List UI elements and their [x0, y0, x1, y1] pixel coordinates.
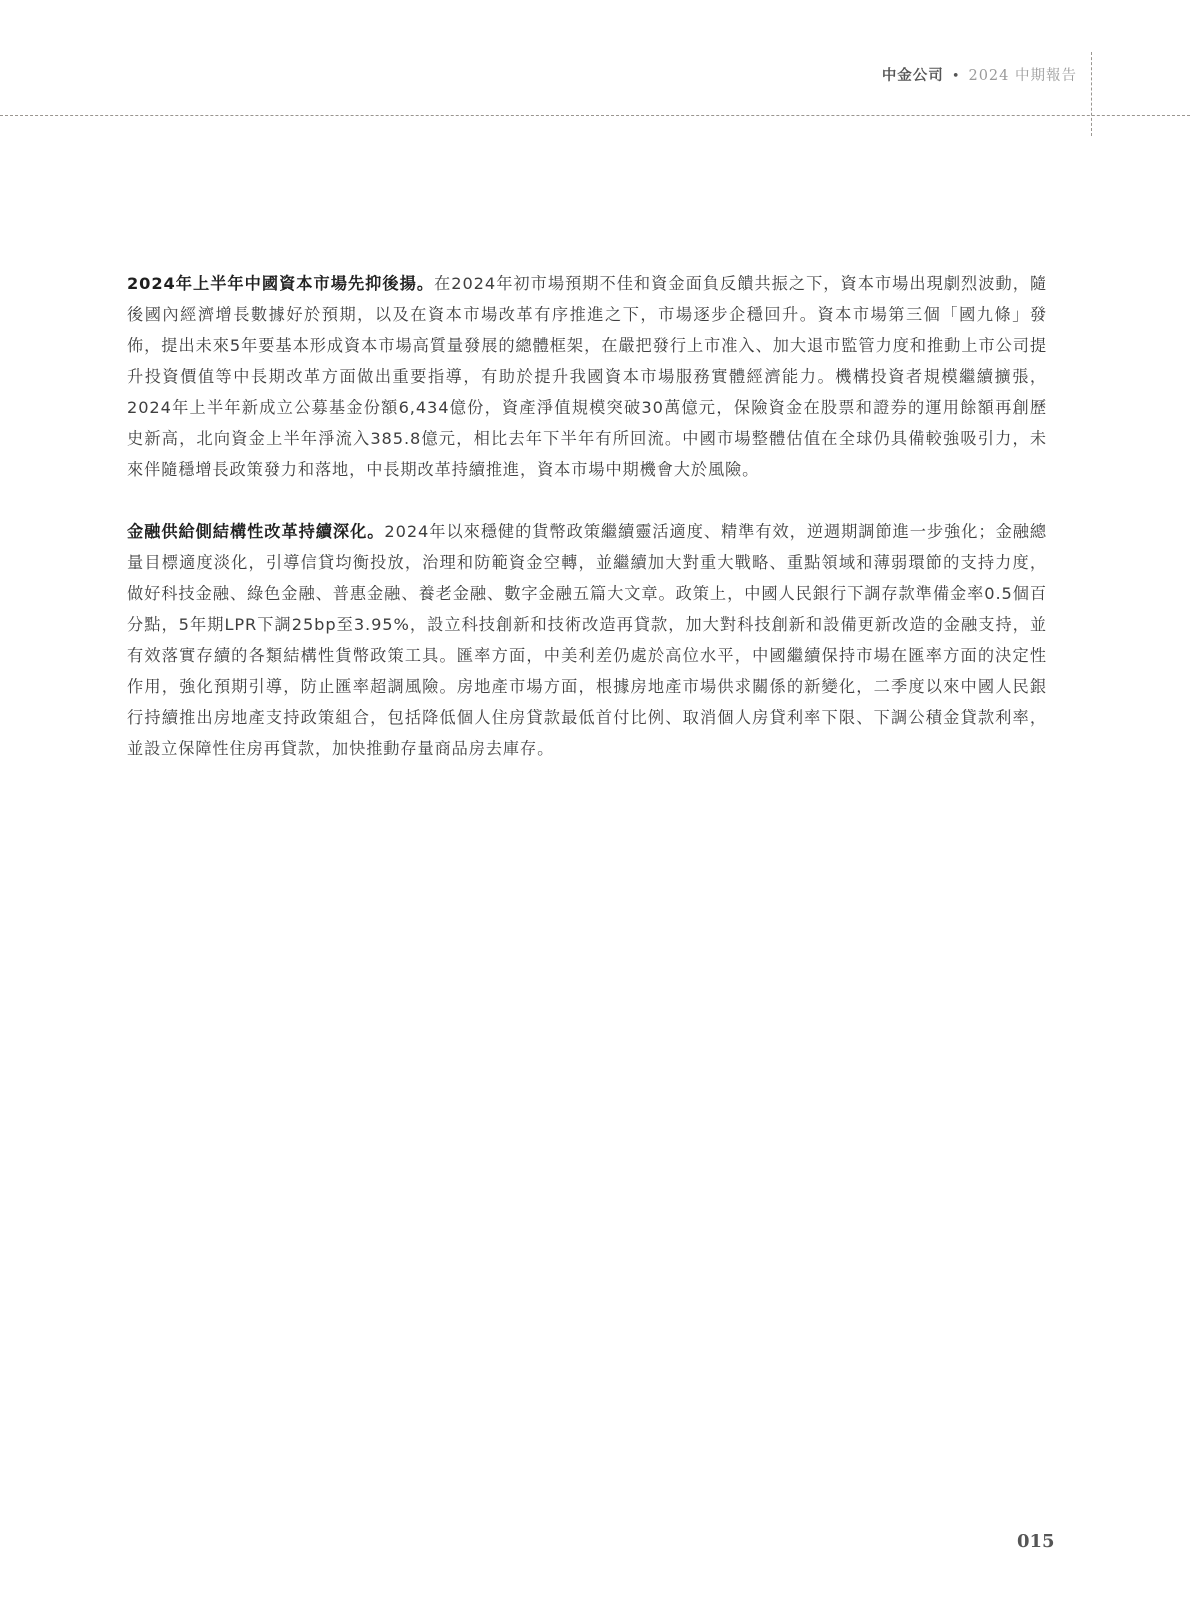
paragraph-lead: 金融供給側結構性改革持續深化。 — [127, 522, 384, 541]
running-header: 中金公司•2024 中期報告 — [882, 64, 1077, 85]
body-text: 2024年上半年中國資本市場先抑後揚。在2024年初市場預期不佳和資金面負反饋共… — [127, 268, 1047, 764]
header-report-title: 2024 中期報告 — [968, 68, 1077, 84]
header-vertical-dashed-rule — [1091, 52, 1092, 136]
paragraph-body: 在2024年初市場預期不佳和資金面負反饋共振之下，資本市場出現劇烈波動，隨後國內… — [127, 274, 1047, 479]
paragraph-capital-market: 2024年上半年中國資本市場先抑後揚。在2024年初市場預期不佳和資金面負反饋共… — [127, 268, 1047, 485]
header-separator-dot: • — [952, 69, 961, 84]
header-horizontal-dashed-rule — [0, 115, 1190, 116]
paragraph-financial-reform: 金融供給側結構性改革持續深化。2024年以來穩健的貨幣政策繼續靈活適度、精準有效… — [127, 516, 1047, 764]
paragraph-body: 2024年以來穩健的貨幣政策繼續靈活適度、精準有效，逆週期調節進一步強化；金融總… — [127, 522, 1047, 758]
page-number: 015 — [1017, 1531, 1055, 1552]
header-company: 中金公司 — [882, 67, 944, 84]
paragraph-lead: 2024年上半年中國資本市場先抑後揚。 — [127, 274, 434, 293]
